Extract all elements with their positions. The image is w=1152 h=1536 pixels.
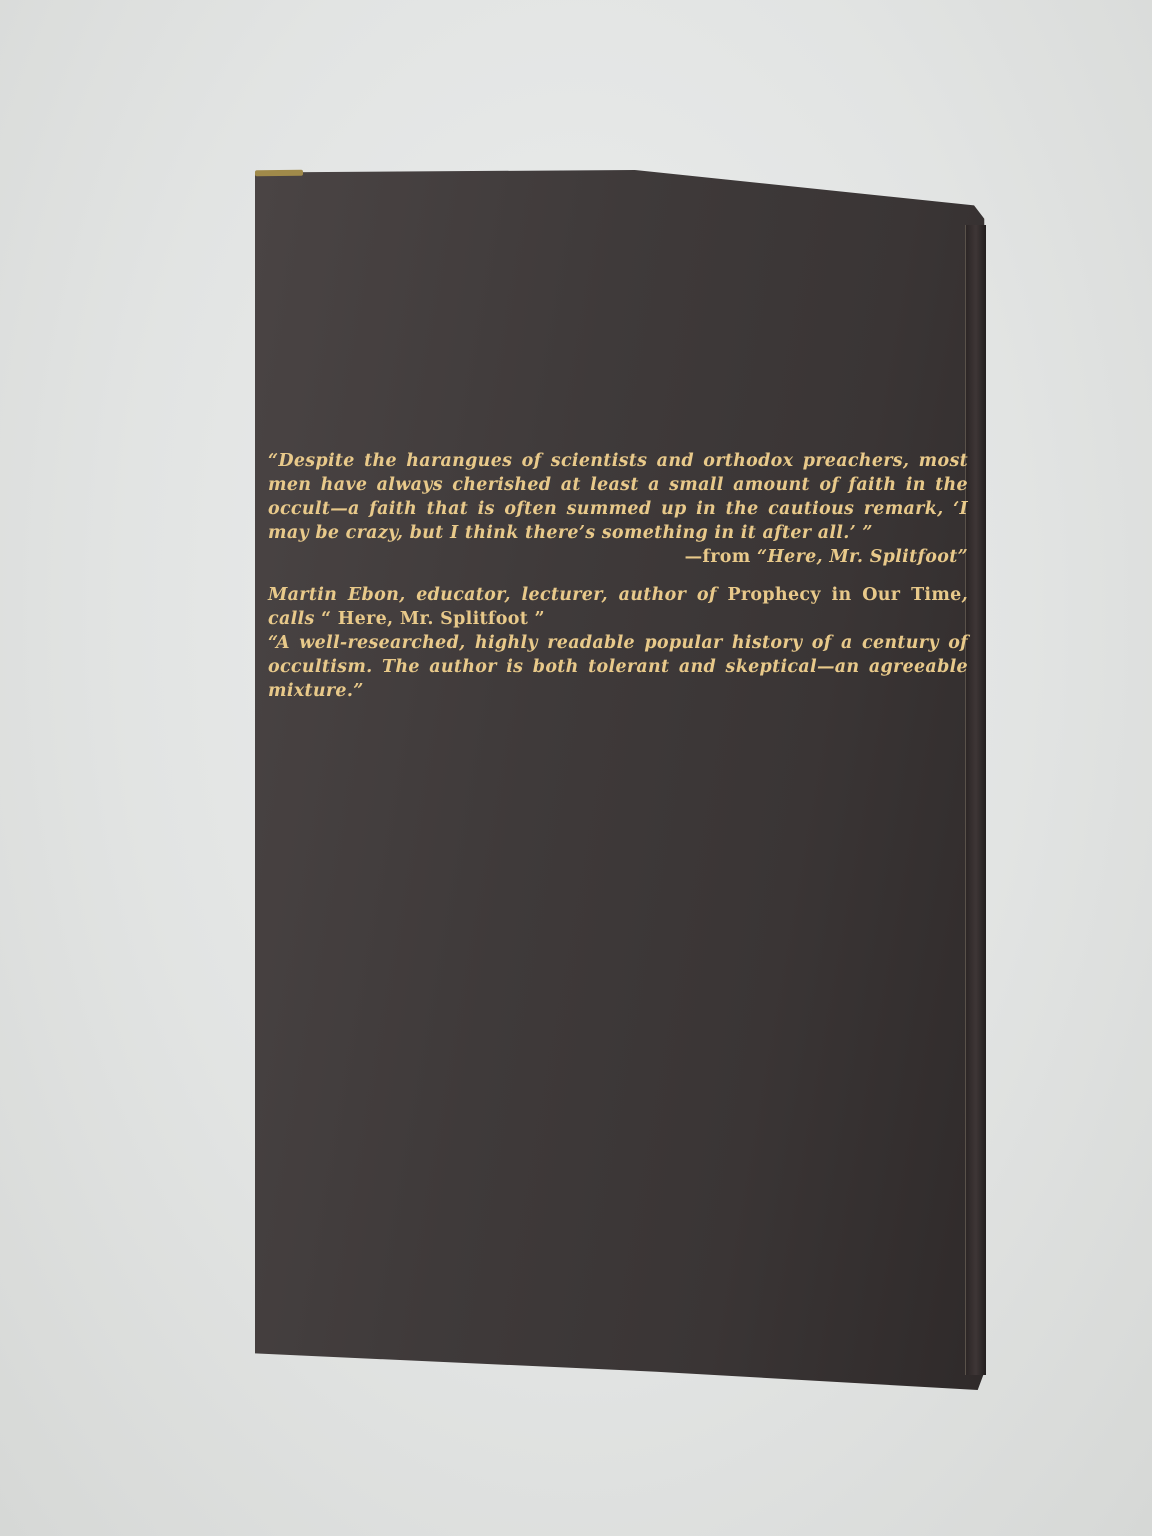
- excerpt-attribution: —from “Here, Mr. Splitfoot”: [268, 545, 968, 569]
- endorser-book-title: Prophecy in Our Time: [727, 585, 961, 605]
- book-back-cover: [255, 170, 985, 1390]
- endorser-line: Martin Ebon, educator, lecturer, author …: [268, 583, 968, 631]
- book-spine-edge: [965, 225, 986, 1375]
- endorsement-quote: “A well-researched, highly readable popu…: [268, 631, 968, 703]
- worn-corner: [255, 170, 303, 176]
- excerpt-quote: “Despite the harangues of scientists and…: [268, 449, 968, 545]
- back-cover-blurb: “Despite the harangues of scientists and…: [268, 449, 968, 703]
